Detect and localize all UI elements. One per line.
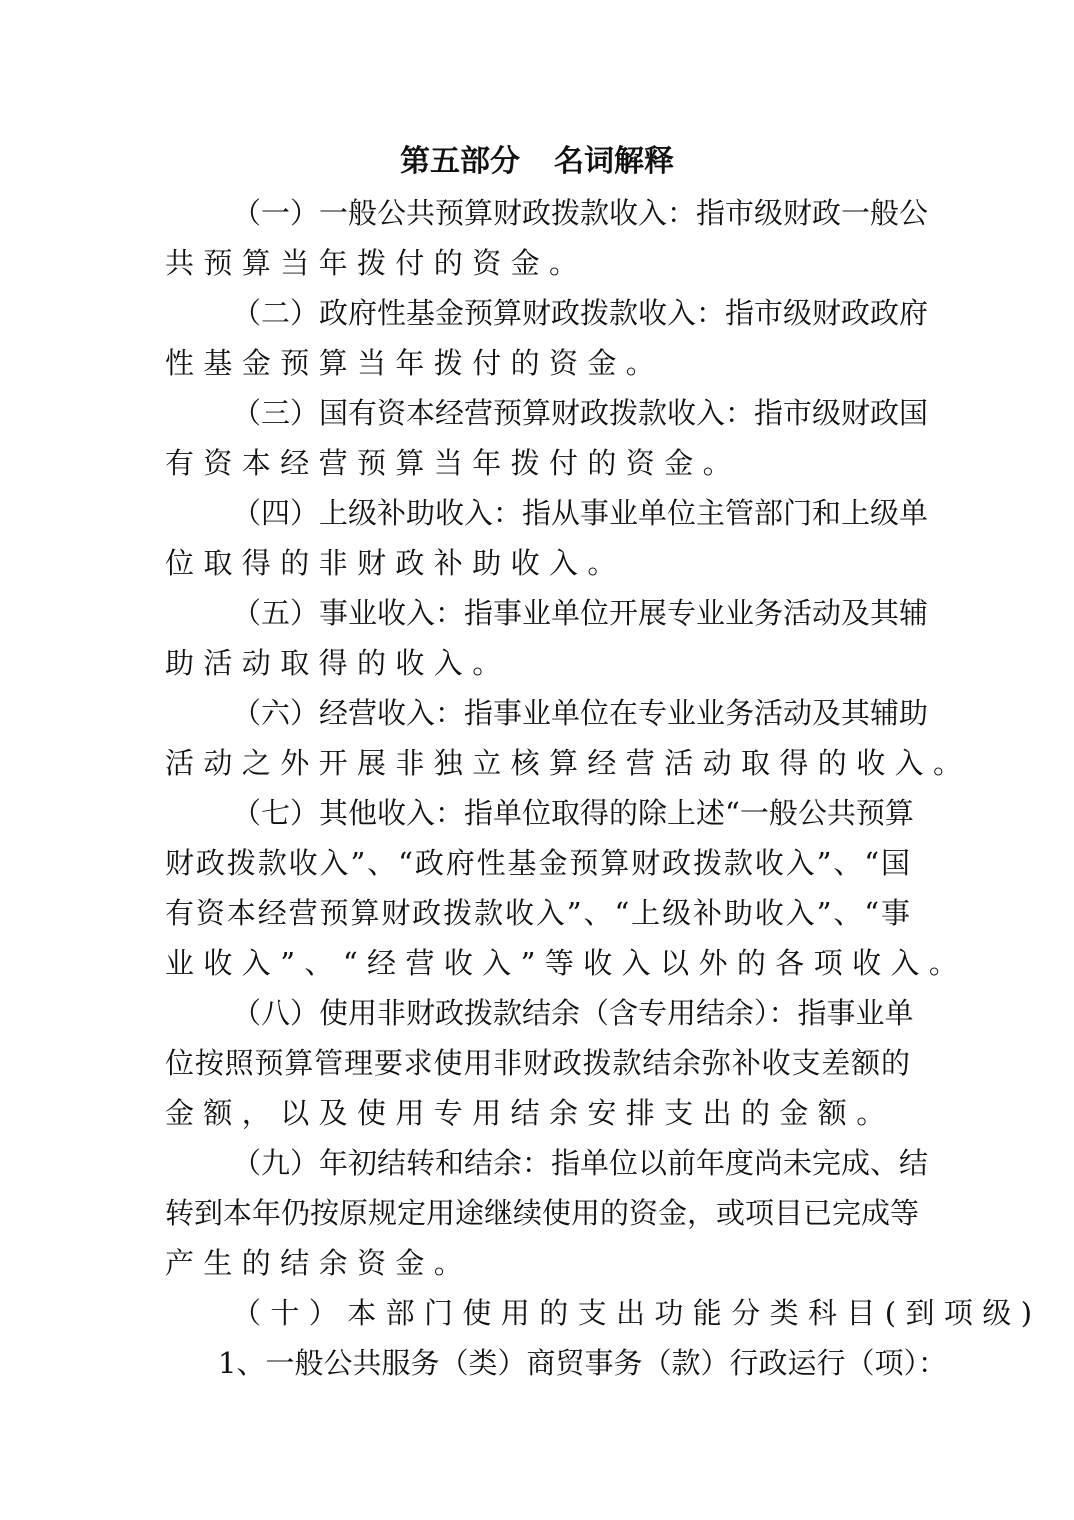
- paragraph-5-line-2: 助活动取得的收入。: [165, 643, 910, 683]
- paragraph-4-line-1: （四）上级补助收入：指从事业单位主管部门和上级单: [232, 493, 910, 533]
- paragraph-9-line-1: （九）年初结转和结余：指单位以前年度尚未完成、结: [232, 1143, 910, 1183]
- paragraph-7-line-3: 有资本经营预算财政拨款收入”、“上级补助收入”、“事: [165, 893, 910, 933]
- paragraph-6-line-2: 活动之外开展非独立核算经营活动取得的收入。: [165, 743, 910, 783]
- paragraph-3-line-1: （三）国有资本经营预算财政拨款收入：指市级财政国: [232, 393, 910, 433]
- paragraph-8-line-2: 位按照预算管理要求使用非财政拨款结余弥补收支差额的: [165, 1043, 910, 1083]
- paragraph-8-line-3: 金额，以及使用专用结余安排支出的金额。: [165, 1093, 910, 1133]
- paragraph-1-line-2: 共预算当年拨付的资金。: [165, 243, 910, 283]
- paragraph-10-heading: （十）本部门使用的支出功能分类科目(到项级): [232, 1293, 910, 1333]
- paragraph-8-line-1: （八）使用非财政拨款结余（含专用结余）：指事业单: [232, 993, 910, 1033]
- paragraph-2-line-2: 性基金预算当年拨付的资金。: [165, 343, 910, 383]
- document-page: 第五部分名词解释 （一）一般公共预算财政拨款收入：指市级财政一般公 共预算当年拨…: [0, 0, 1074, 1520]
- paragraph-7-line-4: 业收入”、“经营收入”等收入以外的各项收入。: [165, 943, 910, 983]
- subitem-1-heading: 1、一般公共服务（类）商贸事务（款）行政运行（项）：: [218, 1343, 910, 1383]
- paragraph-9-line-3: 产生的结余资金。: [165, 1243, 910, 1283]
- paragraph-9-line-2: 转到本年仍按原规定用途继续使用的资金，或项目已完成等: [165, 1193, 910, 1233]
- paragraph-6-line-1: （六）经营收入：指事业单位在专业业务活动及其辅助: [232, 693, 910, 733]
- paragraph-2-line-1: （二）政府性基金预算财政拨款收入：指市级财政政府: [232, 293, 910, 333]
- paragraph-7-line-1: （七）其他收入：指单位取得的除上述“一般公共预算: [232, 793, 910, 833]
- section-title-part: 第五部分: [400, 144, 520, 179]
- section-title-name: 名词解释: [554, 144, 674, 179]
- paragraph-5-line-1: （五）事业收入：指事业单位开展专业业务活动及其辅: [232, 593, 910, 633]
- paragraph-4-line-2: 位取得的非财政补助收入。: [165, 543, 910, 583]
- paragraph-3-line-2: 有资本经营预算当年拨付的资金。: [165, 443, 910, 483]
- paragraph-1-line-1: （一）一般公共预算财政拨款收入：指市级财政一般公: [232, 193, 910, 233]
- section-title: 第五部分名词解释: [0, 142, 1074, 182]
- paragraph-7-line-2: 财政拨款收入”、“政府性基金预算财政拨款收入”、“国: [165, 843, 910, 883]
